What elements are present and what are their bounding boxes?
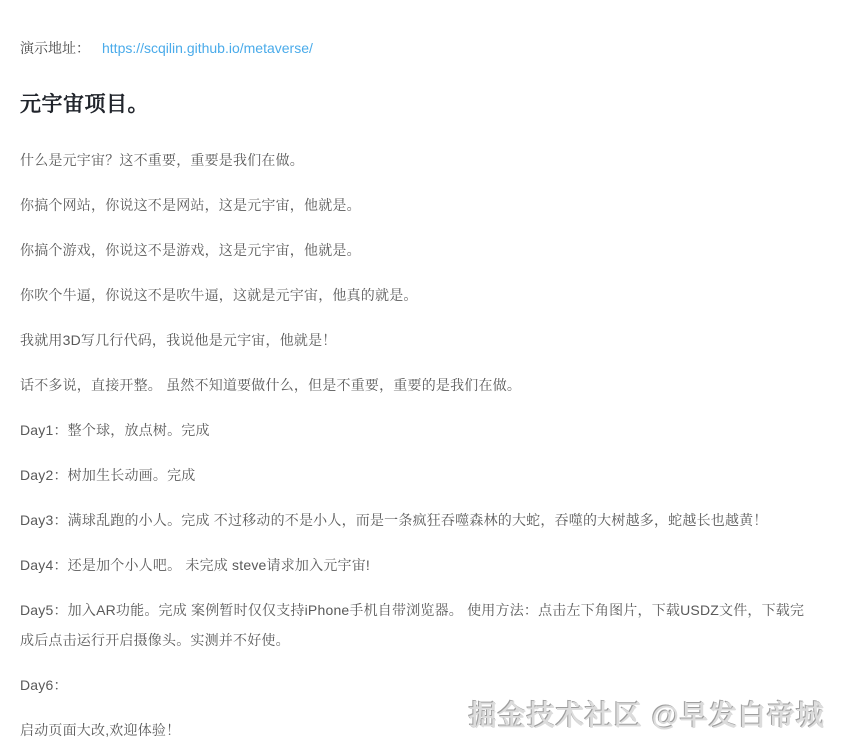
intro-paragraph-1: 什么是元宇宙？这不重要，重要是我们在做。 <box>20 145 817 175</box>
day-entry-2: Day2：树加生长动画。完成 <box>20 460 817 490</box>
intro-paragraph-2: 你搞个网站，你说这不是网站，这是元宇宙，他就是。 <box>20 190 817 220</box>
day-entry-4: Day4：还是加个小人吧。 未完成 steve请求加入元宇宙! <box>20 550 817 580</box>
day-entry-3: Day3：满球乱跑的小人。完成 不过移动的不是小人，而是一条疯狂吞噬森林的大蛇，… <box>20 505 817 535</box>
intro-paragraph-3: 你搞个游戏，你说这不是游戏，这是元宇宙，他就是。 <box>20 235 817 265</box>
day-entry-5: Day5：加入AR功能。完成 案例暂时仅仅支持iPhone手机自带浏览器。 使用… <box>20 595 817 655</box>
demo-address-row: 演示地址：https://scqilin.github.io/metaverse… <box>20 38 817 58</box>
intro-paragraph-6: 话不多说，直接开整。 虽然不知道要做什么，但是不重要，重要的是我们在做。 <box>20 370 817 400</box>
page-title: 元宇宙项目。 <box>20 91 817 119</box>
demo-address-link[interactable]: https://scqilin.github.io/metaverse/ <box>102 40 313 56</box>
day-entry-1: Day1：整个球，放点树。完成 <box>20 415 817 445</box>
juejin-watermark: 掘金技术社区 @早发白帝城 <box>469 694 825 734</box>
demo-address-label: 演示地址： <box>20 40 90 56</box>
intro-paragraph-5: 我就用3D写几行代码，我说他是元宇宙，他就是！ <box>20 325 817 355</box>
article-page: 演示地址：https://scqilin.github.io/metaverse… <box>0 0 841 745</box>
intro-paragraph-4: 你吹个牛逼，你说这不是吹牛逼，这就是元宇宙，他真的就是。 <box>20 280 817 310</box>
